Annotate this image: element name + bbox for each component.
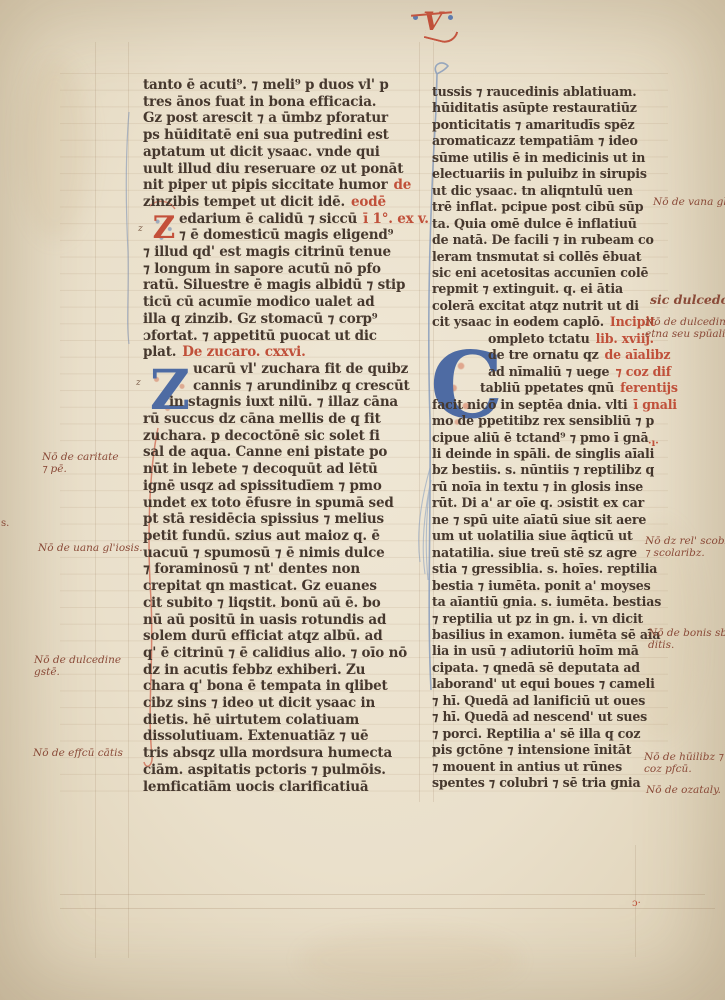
text-line: cipue aliū ē tctand⁹ ⁊ pmo ī gnā: [432, 430, 658, 446]
text-line: petit fundū. szius aut maioz q. ē: [143, 528, 421, 545]
text-line: undet ex toto ēfusre in spumā sed: [143, 495, 421, 512]
text-line-ink: ad nīmaliū ⁊ uege: [488, 364, 609, 379]
text-line-ink: aromaticazz tempatiām ⁊ ideo: [432, 133, 638, 148]
text-line: lemficatiām uocis clarificatiuā: [143, 779, 421, 796]
text-column-right: tussis ⁊ raucedinis ablatiuam.hūiditatis…: [432, 84, 658, 791]
margin-note: Nō de bonis sbditis.: [648, 628, 725, 651]
text-line: ponticitatis ⁊ amaritudīs spēz: [432, 117, 658, 133]
text-line-ink: uult illud diu reseruare oz ut ponāt: [143, 161, 403, 177]
margin-note-line: Nō de effcū cātis: [33, 748, 123, 760]
text-line: dietis. hē uirtutem colatiuam: [143, 712, 421, 729]
text-line-ink: de natā. De facili ⁊ in rubeam co: [432, 232, 654, 247]
text-line-ink: laborand' ut equi boues ⁊ cameli: [432, 676, 655, 691]
text-line-ink: rū succus dz cāna mellis de q fit: [143, 411, 381, 427]
text-line-ink: ⁊ longum in sapore acutū nō pfo: [143, 261, 381, 277]
text-line-ink: ta. Quia omē dulce ē inflatiuū: [432, 216, 637, 231]
text-line: stia ⁊ gressiblia. s. hoīes. reptilia: [432, 561, 658, 577]
folio-number-ornament: V: [394, 8, 472, 42]
rubric-text: De zucaro. cxxvi.: [182, 344, 305, 360]
text-line-ink: cibz sins ⁊ ideo ut dicit ysaac in: [143, 695, 375, 711]
text-line: cibz sins ⁊ ideo ut dicit ysaac in: [143, 695, 421, 712]
text-line-ink: undet ex toto ēfusre in spumā sed: [143, 495, 394, 511]
text-line: illa q zinzib. Gz stomacū ⁊ corp⁹: [143, 311, 421, 328]
text-line: ⁊ reptilia ut pz in gn. i. vn dicit: [432, 611, 658, 627]
margin-note-line: Nō de ozataly.: [646, 785, 721, 797]
folio-dot-right-icon: [448, 15, 453, 20]
text-line: repmit ⁊ extinguit. q. ei ātia: [432, 281, 658, 297]
text-line-ink: dz in acutis febbz exhiberi. Zu: [143, 662, 365, 678]
text-line: Gz post arescit ⁊ a ūmbz pforatur: [143, 110, 421, 127]
text-line-ink: ⁊ mouent in antius ut rūnes: [432, 759, 622, 774]
text-line-ink: bz bestiis. s. nūntiis ⁊ reptilibz q: [432, 462, 654, 477]
text-line-ink: lemficatiām uocis clarificatiuā: [143, 779, 368, 795]
parchment-stain: [300, 930, 520, 990]
text-line: de tre ornatu qzde aīalibz: [432, 347, 658, 363]
text-line: sic eni acetositas accunīen colē: [432, 265, 658, 281]
margin-note-line: Nō de bonis sb: [648, 628, 725, 640]
text-line-ink: ucarū vl' zuchara fit de quibz: [193, 361, 408, 377]
text-line-ink: zuchara. p decoctōnē sic solet fi: [143, 428, 380, 444]
text-line-ink: ta aīantiū gnia. s. iumēta. bestias: [432, 594, 661, 609]
left-edge-mark: s.: [1, 518, 9, 529]
text-line-ink: cit subito ⁊ liqstit. bonū aū ē. bo: [143, 595, 381, 611]
text-line-ink: natatilia. siue treū stē sz agre: [432, 545, 637, 560]
text-line: aptatum ut dicit ysaac. vnde qui: [143, 144, 421, 161]
text-line: li deinde in spāli. de singlis aīali: [432, 446, 658, 462]
right-line-filler-mark: ·ı·: [648, 438, 659, 449]
margin-note-line: Nō de vana gl'ia.: [653, 197, 725, 209]
text-line: ta aīantiū gnia. s. iumēta. bestias: [432, 594, 658, 610]
text-line-ink: sūme utilis ē in medicinis ut in: [432, 150, 645, 165]
text-line: solem durū efficiat atqz albū. ad: [143, 628, 421, 645]
text-line-ink: illa q zinzib. Gz stomacū ⁊ corp⁹: [143, 311, 377, 327]
text-line-ink: li deinde in spāli. de singlis aīali: [432, 446, 654, 461]
text-line: tanto ē acuti⁹. ⁊ meli⁹ p duos vl' p: [143, 77, 421, 94]
text-line-ink: zinzibis tempet ut dicit idē.: [143, 194, 345, 210]
margin-note: Nō de hūilibz ⁊coz pfcū.: [644, 752, 724, 775]
manuscript-page: V Z Z C z z tanto ē acuti⁹. ⁊ meli⁹ p du…: [0, 0, 725, 1000]
text-line-ink: ⁊ reptilia ut pz in gn. i. vn dicit: [432, 611, 643, 626]
text-line-ink: repmit ⁊ extinguit. q. ei ātia: [432, 281, 623, 296]
text-line-ink: tres ānos fuat in bona efficacia.: [143, 94, 376, 110]
text-line-ink: hūiditatis asūpte restauratiūz: [432, 100, 637, 115]
text-line-ink: ⁊ foraminosū ⁊ nt' dentes non: [143, 561, 360, 577]
text-line: ucarū vl' zuchara fit de quibz: [143, 361, 421, 378]
text-line-ink: cannis ⁊ arundinibz q crescūt: [193, 378, 410, 394]
text-line-ink: ciām. aspitatis pctoris ⁊ pulmōis.: [143, 762, 386, 778]
text-line: ratū. Siluestre ē magis albidū ⁊ stip: [143, 277, 421, 294]
margin-note: Nō de caritate⁊ pē.: [42, 452, 119, 475]
margin-note: Nō dz rel' scobz⁊ scolaribz.: [645, 536, 725, 559]
text-line-ink: plat.: [143, 344, 176, 360]
text-line: basilius in examon. iumēta sē aīa: [432, 627, 658, 643]
guide-letter: z: [136, 378, 141, 388]
margin-note-line: sic dulcedo: [650, 294, 725, 306]
text-line-ink: colerā excitat atqz nutrit ut di: [432, 298, 639, 313]
rubric-text: de: [394, 177, 412, 193]
text-line-ink: cipata. ⁊ qnedā sē deputata ad: [432, 660, 640, 675]
text-line-ink: lia in usū ⁊ adiutoriū hoīm mā: [432, 643, 639, 658]
margin-note-line: Nō dz rel' scobz: [645, 536, 725, 548]
text-line-ink: sal de aqua. Canne eni pistate po: [143, 444, 387, 460]
margin-note: Nō de ozataly.: [646, 785, 721, 797]
text-line: in stagnis iuxt nilū. ⁊ illaz cāna: [143, 394, 421, 411]
text-line: zuchara. p decoctōnē sic solet fi: [143, 428, 421, 445]
text-line: ut dic ysaac. tn aliqntulū uen: [432, 183, 658, 199]
text-line: rū succus dz cāna mellis de q fit: [143, 411, 421, 428]
text-line: ciām. aspitatis pctoris ⁊ pulmōis.: [143, 762, 421, 779]
text-line-ink: trē inflat. pcipue post cibū sūp: [432, 199, 643, 214]
text-line: ompleto tctatulib. xviij.: [432, 331, 658, 347]
text-line: ne ⁊ spū uite aīatū siue sit aere: [432, 512, 658, 528]
text-line-ink: nū aū positū in uasis rotundis ad: [143, 612, 386, 628]
text-line: nū aū positū in uasis rotundis ad: [143, 612, 421, 629]
text-line: ⁊ illud qd' est magis citrinū tenue: [143, 244, 421, 261]
margin-note-line: coz pfcū.: [644, 764, 724, 776]
margin-note-line: Nō de dulcedine: [34, 655, 121, 667]
text-line-ink: ⁊ hī. Quedā ad nescend' ut sues: [432, 709, 647, 724]
margin-note-line: ⁊ scolaribz.: [645, 548, 725, 560]
margin-note-line: etna seu spūali.: [645, 329, 725, 341]
margin-note: Nō de dulcedinegstē.: [34, 655, 121, 678]
text-line: ⁊ ē domesticū magis eligend⁹: [143, 227, 421, 244]
text-line: ticū cū acumīe modico ualet ad: [143, 294, 421, 311]
text-line: electuariis in puluibz in sirupis: [432, 166, 658, 182]
text-line: aromaticazz tempatiām ⁊ ideo: [432, 133, 658, 149]
margin-note-line: Nō de uana gl'iosis.: [38, 543, 143, 555]
text-line: ta. Quia omē dulce ē inflatiuū: [432, 216, 658, 232]
text-line: spentes ⁊ colubri ⁊ sē tria gnia: [432, 775, 658, 791]
text-line-ink: rūt. Di a' ar oīe q. ɔsistit ex car: [432, 495, 644, 510]
bottom-right-mark: ɔ·: [632, 898, 641, 909]
text-line-ink: um ut uolatilia siue āqticū ut: [432, 528, 633, 543]
text-line: facit nicō in septēa dnia. vltiī gnali: [432, 397, 658, 413]
text-line-ink: cipue aliū ē tctand⁹ ⁊ pmo ī gnā: [432, 430, 648, 445]
text-line: dissolutiuam. Extenuatiāz ⁊ uē: [143, 728, 421, 745]
text-line: ad nīmaliū ⁊ uege⁊ coz dif: [432, 364, 658, 380]
text-line-ink: pis gctōne ⁊ intensione īnitāt: [432, 742, 631, 757]
text-line-ink: pt stā residēcia spissius ⁊ melius: [143, 511, 384, 527]
margin-note-line: Nō de hūilibz ⁊: [644, 752, 724, 764]
text-line: dz in acutis febbz exhiberi. Zu: [143, 662, 421, 679]
text-line: crepitat qn masticat. Gz euanes: [143, 578, 421, 595]
margin-note-line: gstē.: [34, 667, 121, 679]
text-line: sal de aqua. Canne eni pistate po: [143, 444, 421, 461]
rubric-text: eodē: [351, 194, 386, 210]
rubric-text: ī 1°. ex v.: [363, 211, 429, 227]
text-line-ink: ps hūiditatē eni sua putredini est: [143, 127, 389, 143]
text-line: ⁊ hī. Quedā ad lanificiū ut oues: [432, 693, 658, 709]
text-line-ink: ⁊ ē domesticū magis eligend⁹: [179, 227, 393, 243]
ruling-line-horizontal: [60, 894, 705, 895]
text-line: tabliū ppetates qnūferentijs: [432, 380, 658, 396]
text-line: tussis ⁊ raucedinis ablatiuam.: [432, 84, 658, 100]
text-line-ink: nit piper ut pipis siccitate humor: [143, 177, 388, 193]
text-line: chara q' bona ē tempata in qlibet: [143, 678, 421, 695]
text-line-ink: solem durū efficiat atqz albū. ad: [143, 628, 382, 644]
text-line: zinzibis tempet ut dicit idē.eodē: [143, 194, 421, 211]
text-line-ink: nūt in lebete ⁊ decoquūt ad lētū: [143, 461, 378, 477]
text-line: laborand' ut equi boues ⁊ cameli: [432, 676, 658, 692]
text-line: um ut uolatilia siue āqticū ut: [432, 528, 658, 544]
text-line: bz bestiis. s. nūntiis ⁊ reptilibz q: [432, 462, 658, 478]
text-line: leram tnsmutat si collēs ēbuat: [432, 249, 658, 265]
text-line: cipata. ⁊ qnedā sē deputata ad: [432, 660, 658, 676]
margin-note: Nō de dulcedineetna seu spūali.: [645, 317, 725, 340]
text-line-ink: mo de ppetitibz rex sensibliū ⁊ p: [432, 413, 654, 428]
folio-numeral: V: [423, 8, 442, 36]
text-line: rūt. Di a' ar oīe q. ɔsistit ex car: [432, 495, 658, 511]
text-line: sūme utilis ē in medicinis ut in: [432, 150, 658, 166]
text-line-ink: aptatum ut dicit ysaac. vnde qui: [143, 144, 380, 160]
text-line: nūt in lebete ⁊ decoquūt ad lētū: [143, 461, 421, 478]
text-line-ink: ⁊ hī. Quedā ad lanificiū ut oues: [432, 693, 645, 708]
text-line: q' ē citrinū ⁊ ē calidius alio. ⁊ oīo nō: [143, 645, 421, 662]
text-line-ink: stia ⁊ gressiblia. s. hoīes. reptilia: [432, 561, 657, 576]
text-line: ⁊ foraminosū ⁊ nt' dentes non: [143, 561, 421, 578]
margin-note: Nō de effcū cātis: [33, 748, 123, 760]
text-line: hūiditatis asūpte restauratiūz: [432, 100, 658, 116]
margin-note: Nō de vana gl'ia.: [653, 197, 725, 209]
text-line-ink: tabliū ppetates qnū: [480, 380, 614, 395]
parchment-stain: [20, 60, 90, 240]
text-line-ink: q' ē citrinū ⁊ ē calidius alio. ⁊ oīo nō: [143, 645, 407, 661]
text-line-ink: spentes ⁊ colubri ⁊ sē tria gnia: [432, 775, 640, 790]
text-line: cit subito ⁊ liqstit. bonū aū ē. bo: [143, 595, 421, 612]
ruling-line-vertical: [95, 42, 96, 958]
text-line-ink: tussis ⁊ raucedinis ablatiuam.: [432, 84, 636, 99]
text-line-ink: sic eni acetositas accunīen colē: [432, 265, 648, 280]
text-line: ps hūiditatē eni sua putredini est: [143, 127, 421, 144]
text-line: ⁊ mouent in antius ut rūnes: [432, 759, 658, 775]
text-line-ink: ompleto tctatu: [488, 331, 590, 346]
text-line-ink: uacuū ⁊ spumosū ⁊ ē nimis dulce: [143, 545, 385, 561]
text-line-ink: rū noīa in textu ⁊ in glosis inse: [432, 479, 643, 494]
text-line: tris absqz ulla mordsura humecta: [143, 745, 421, 762]
text-line: ⁊ longum in sapore acutū nō pfo: [143, 261, 421, 278]
text-line: de natā. De facili ⁊ in rubeam co: [432, 232, 658, 248]
margin-note-line: ⁊ pē.: [42, 464, 119, 476]
margin-note-line: ditis.: [648, 640, 725, 652]
text-line-ink: petit fundū. szius aut maioz q. ē: [143, 528, 380, 544]
text-line: lia in usū ⁊ adiutoriū hoīm mā: [432, 643, 658, 659]
text-line-ink: ratū. Siluestre ē magis albidū ⁊ stip: [143, 277, 405, 293]
text-line-ink: Gz post arescit ⁊ a ūmbz pforatur: [143, 110, 388, 126]
margin-note: sic dulcedo: [650, 294, 725, 306]
text-line-ink: de tre ornatu qz: [488, 347, 599, 362]
text-line-ink: tanto ē acuti⁹. ⁊ meli⁹ p duos vl' p: [143, 77, 389, 93]
text-line-ink: bestia ⁊ iumēta. ponit a' moyses: [432, 578, 651, 593]
margin-note-line: Nō de caritate: [42, 452, 119, 464]
rubric-text: de aīalibz: [605, 347, 671, 362]
text-line: ⁊ hī. Quedā ad nescend' ut sues: [432, 709, 658, 725]
text-line: ⁊ porci. Reptilia a' sē illa q coz: [432, 726, 658, 742]
text-line-ink: ⁊ porci. Reptilia a' sē illa q coz: [432, 726, 640, 741]
text-line: plat.De zucaro. cxxvi.: [143, 344, 421, 361]
text-line: nit piper ut pipis siccitate humorde: [143, 177, 421, 194]
text-line: uult illud diu reseruare oz ut ponāt: [143, 161, 421, 178]
rubric-text: ferentijs: [620, 380, 678, 395]
text-line-ink: leram tnsmutat si collēs ēbuat: [432, 249, 641, 264]
text-line: ignē usqz ad spissitudīem ⁊ pmo: [143, 478, 421, 495]
text-line: colerā excitat atqz nutrit ut di: [432, 298, 658, 314]
rubric-text: ⁊ coz dif: [615, 364, 671, 379]
text-line-ink: electuariis in puluibz in sirupis: [432, 166, 647, 181]
text-line-ink: ut dic ysaac. tn aliqntulū uen: [432, 183, 633, 198]
ruling-line-horizontal: [60, 908, 715, 909]
text-line-ink: ɔfortat. ⁊ appetitū puocat ut dic: [143, 328, 377, 344]
text-line: pis gctōne ⁊ intensione īnitāt: [432, 742, 658, 758]
text-line-ink: ⁊ illud qd' est magis citrinū tenue: [143, 244, 391, 260]
text-line-ink: basilius in examon. iumēta sē aīa: [432, 627, 660, 642]
text-line-ink: facit nicō in septēa dnia. vlti: [432, 397, 627, 412]
text-line: rū noīa in textu ⁊ in glosis inse: [432, 479, 658, 495]
text-line: uacuū ⁊ spumosū ⁊ ē nimis dulce: [143, 545, 421, 562]
rubric-text: ī gnali: [633, 397, 676, 412]
text-line: tres ānos fuat in bona efficacia.: [143, 94, 421, 111]
text-line: pt stā residēcia spissius ⁊ melius: [143, 511, 421, 528]
text-line: natatilia. siue treū stē sz agre: [432, 545, 658, 561]
text-line-ink: crepitat qn masticat. Gz euanes: [143, 578, 377, 594]
text-line-ink: dietis. hē uirtutem colatiuam: [143, 712, 359, 728]
text-line-ink: in stagnis iuxt nilū. ⁊ illaz cāna: [169, 394, 398, 410]
text-column-left: tanto ē acuti⁹. ⁊ meli⁹ p duos vl' ptres…: [143, 77, 421, 795]
text-line: bestia ⁊ iumēta. ponit a' moyses: [432, 578, 658, 594]
text-line-ink: ticū cū acumīe modico ualet ad: [143, 294, 375, 310]
text-line: trē inflat. pcipue post cibū sūp: [432, 199, 658, 215]
text-line-ink: ne ⁊ spū uite aīatū siue sit aere: [432, 512, 646, 527]
text-line: cannis ⁊ arundinibz q crescūt: [143, 378, 421, 395]
text-line: edarium ē calidū ⁊ siccūī 1°. ex v.: [143, 211, 421, 228]
text-line: ɔfortat. ⁊ appetitū puocat ut dic: [143, 328, 421, 345]
text-line-ink: ponticitatis ⁊ amaritudīs spēz: [432, 117, 634, 132]
text-line-ink: edarium ē calidū ⁊ siccū: [179, 211, 357, 227]
text-line-ink: dissolutiuam. Extenuatiāz ⁊ uē: [143, 728, 368, 744]
text-line: cit ysaac in eodem caplō.Incipit: [432, 314, 658, 330]
text-line-ink: chara q' bona ē tempata in qlibet: [143, 678, 388, 694]
text-line-ink: tris absqz ulla mordsura humecta: [143, 745, 392, 761]
ruling-line-vertical: [128, 42, 129, 958]
margin-note: Nō de uana gl'iosis.: [38, 543, 143, 555]
margin-note-line: Nō de dulcedine: [645, 317, 725, 329]
text-line: mo de ppetitibz rex sensibliū ⁊ p: [432, 413, 658, 429]
text-line-ink: cit ysaac in eodem caplō.: [432, 314, 604, 329]
text-line-ink: ignē usqz ad spissitudīem ⁊ pmo: [143, 478, 382, 494]
